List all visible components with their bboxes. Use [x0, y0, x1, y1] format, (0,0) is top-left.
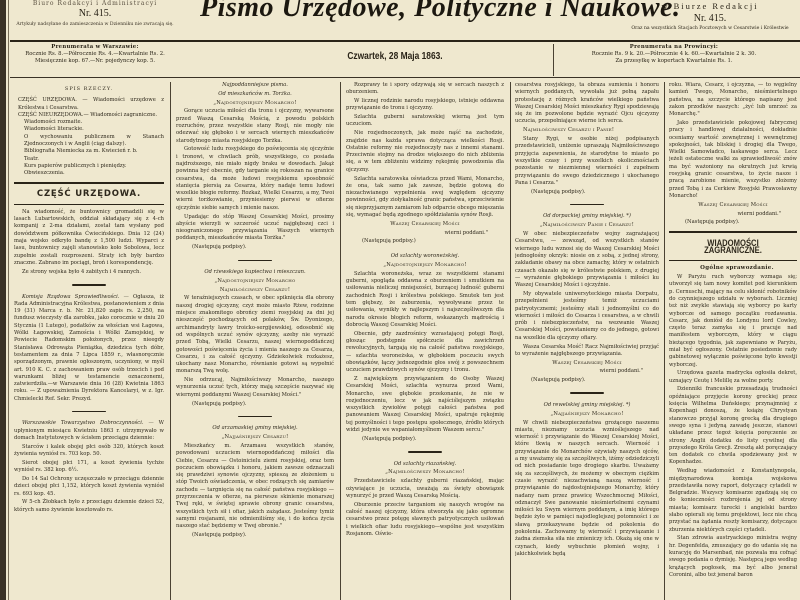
salutation: „Najmiłościwszy Panie i Cesarzu! [515, 222, 659, 229]
article-paragraph: Starców i kalek obojej płci osób 320, kt… [14, 444, 164, 459]
sub-heading: Ogólne sprawozdanie. [669, 265, 797, 272]
issue-number-left: Nr. 415. [14, 8, 176, 19]
section-rule [14, 182, 164, 184]
article-paragraph: W teraźniejszych czasach, w obec spiknię… [176, 295, 334, 375]
subscription-provinces-line1: Rocznie Rs. 9 k. 20.—Półrocznie 4 k. 60.… [548, 51, 800, 58]
article-paragraph: cesarstwa rosyjskiego, ta obraza sumieni… [515, 82, 659, 126]
article-paragraph: Stan zdrowia austryackiego ministra wojn… [669, 535, 797, 579]
article-paragraph: Oburzenie przeciw targaniom się naszych … [346, 502, 504, 538]
article-paragraph: Gotowość ludu rosyjskiego do poświęcenia… [176, 146, 334, 212]
toc-subitem: Kurs papierów publicznych i pieniędzy. [14, 163, 164, 170]
signatures-note: (Następują podpisy). [669, 219, 797, 226]
toc-subitem: Bibliografia Niemiecka za m. Kwiecień r.… [14, 148, 164, 155]
section-rule [669, 260, 797, 261]
article-heading: Od arzamaskiej gminy miejskiej. [176, 425, 334, 432]
article-paragraph: Komisja Rządowa Sprawiedliwości. — Ogłas… [14, 294, 164, 403]
article-paragraph: W 5-ch Żłobkach było z przeciągu dzienni… [14, 499, 164, 514]
column-divider [170, 82, 171, 600]
signature-line: Waszej Cesarskiej Mości [346, 221, 504, 228]
article-paragraph: Według wiadomości z Konstantynopola, mię… [669, 468, 797, 534]
article-paragraph: Gorące uczucia miłości dla tronu i ojczy… [176, 108, 334, 144]
signature-line: Waszej Cesarskiej Mości [515, 360, 659, 367]
article-paragraph: Dzienniki francuskie przesadzają trudnoś… [669, 386, 797, 466]
header-bottom-rule [10, 77, 800, 78]
masthead-left-topline: Biuro Redakcyi i Administracyi [14, 0, 176, 5]
salutation: Najmiłościwszy Cesarzu! [176, 287, 334, 294]
article-paragraph: Jako przedstawiciele pokojowej fabryczne… [669, 120, 797, 200]
separator-rule [238, 260, 272, 262]
column-2: Najpoddanniejsze pisma. Od mieszkańców m… [176, 82, 334, 600]
signatures-note: (Następują podpisy). [176, 401, 334, 408]
salutation: „Najdostojniejszy Monarcho! [176, 100, 334, 107]
subscription-provinces-line2: Za przesyłkę w kopertach Kwartalnie Rs. … [548, 58, 800, 65]
article-paragraph: Nie odrzucaj, Najmiłościwszy Monarcho, n… [176, 377, 334, 399]
article-paragraph: Szlachta woroneżska, wraz ze wszystkiemi… [346, 271, 504, 329]
signatures-note: (Następują podpisy). [176, 532, 334, 539]
toc-title: SPIS RZECZY. [14, 86, 164, 93]
separator-rule [570, 204, 604, 206]
article-paragraph: Wasza Cesarska Mość! Racz Najmiłościwiej… [515, 344, 659, 359]
newspaper-page: Biuro Redakcyi i Administracyi Nr. 415. … [0, 0, 800, 600]
signature-line: wierni poddani." [515, 368, 659, 375]
issue-date: Czwartek, 28 Maja 1863. [263, 50, 527, 62]
toc-subitem: Teatr. [14, 156, 164, 163]
column-divider [664, 82, 665, 600]
article-paragraph: W licznej rodzinie narodu rosyjskiego, i… [346, 98, 504, 113]
article-heading: Od rewelskiej gminy miejskiej. *) [515, 402, 659, 409]
signature-line: wierni poddani." [346, 230, 504, 237]
section-rule [669, 231, 797, 233]
masthead-rule [10, 40, 800, 42]
subscription-warsaw-line2: Miesięcznie kop. 67.—Nr. pojedynczy kop.… [14, 58, 176, 65]
section-rule [14, 204, 164, 205]
signatures-note: (Następują podpisy). [515, 377, 659, 384]
column-4: cesarstwa rosyjskiego, ta obraza sumieni… [515, 82, 659, 600]
toc-subitem: O wychowaniu publicznem w Stanach Zjedno… [14, 134, 164, 149]
column-5: roku. Wiara, Cesarz, i ojczyzna, — to wę… [669, 82, 797, 600]
signatures-note: (Następują podpisy). [515, 189, 659, 196]
masthead-right: w Biurze Redakcji Nr. 415. Oraz na wszys… [620, 0, 800, 32]
article-paragraph: Obecnie, gdy zazdrośnicy wzrastającej po… [346, 331, 504, 375]
salutation: „Najdostojniejszy Monarcho [176, 278, 334, 285]
salutation: Najmiłościwszy Cesarzu i Panie! [515, 127, 659, 134]
column-3: Rozprawy te i spory odzywają się w serca… [346, 82, 504, 600]
article-lead: Komisja Rządowa Sprawiedliwości. — [22, 294, 129, 300]
binding-edge [0, 0, 6, 600]
article-paragraph: Stany Rygi, w osobie niżej podpisanych p… [515, 136, 659, 187]
column-divider [340, 82, 341, 600]
salutation: „Najmiłościwszy Monarcho! [346, 469, 504, 476]
salutation: „Najjaśniejszy Cesarzu! [176, 434, 334, 441]
article-heading: Od szlachty riazańskiej. [346, 461, 504, 468]
subscription-warsaw-heading: Prenumerata w Warszawie: [14, 44, 176, 51]
subscription-provinces: Prenumerata na Prowincyi: Rocznie Rs. 9 … [548, 44, 800, 65]
article-paragraph: Mieszkańcy m. Arzamasu wszystkich stanów… [176, 443, 334, 531]
article-paragraph: roku. Wiara, Cesarz, i ojczyzna, — to wę… [669, 82, 797, 118]
subscription-warsaw-line1: Rocznie Rs. 8.—Półrocznie Rs. 4.—Kwartal… [14, 51, 176, 58]
issue-number-right: Nr. 415. [620, 13, 800, 24]
separator-rule [72, 284, 106, 286]
article-paragraph: Ze strony wojska było 4 zabitych i 4 ran… [14, 269, 164, 276]
editorial-note: Artykuły nadsyłane do zamieszczenia w Dz… [14, 22, 176, 28]
toc-subitem: Wiadomości literackie. [14, 126, 164, 133]
article-paragraph: My obywatele uniwersyteckiego miasta Dor… [515, 291, 659, 342]
signature-line: wierni poddani." [669, 211, 797, 218]
office-label: w Biurze Redakcji [620, 1, 800, 11]
separator-rule [238, 416, 272, 418]
article-paragraph: Szlachta saratowska oświadcza przed Wami… [346, 176, 504, 220]
article-paragraph: Do 14 Sal Ochrony uczęszczało w przeciąg… [14, 476, 164, 498]
article-paragraph: Z najwiękśzym przywiązaniem do Osoby Was… [346, 376, 504, 434]
separator-rule [570, 392, 604, 394]
signature-line: Waszej Cesarskiej Mości [669, 202, 797, 209]
article-paragraph: Szlachta guberni saratowskiej wierną jes… [346, 114, 504, 129]
article-text: Ogłasza, iż Rada Administracyjna Królest… [14, 294, 164, 402]
article-paragraph: Sierot obojej płci 171, a koszt żywienia… [14, 460, 164, 475]
salutation: „Najjaśniejszy Monarcho! [515, 411, 659, 418]
article-lead: Warszawskie Towarzystwo Dobroczynności. … [22, 420, 154, 426]
article-paragraph: Warszawskie Towarzystwo Dobroczynności. … [14, 420, 164, 442]
section-heading-foreign: WIADOMOŚCI ZAGRANICZNE. [679, 240, 788, 255]
toc-item: CZĘŚĆ URZĘDOWA. — Wiadomości urzędowe z … [14, 97, 164, 112]
signatures-note: (Następują podpisy.) [346, 238, 504, 245]
table-of-contents: SPIS RZECZY. CZĘŚĆ URZĘDOWA. — Wiadomośc… [14, 86, 164, 178]
article-paragraph: Na wiadomość, że buntownicy gromadzili s… [14, 209, 164, 267]
postal-note: Oraz na wszystkich Stacjach Pocztowych w… [620, 26, 800, 32]
article-paragraph: Urzędowa gazeta madrycka ogłosiła dekret… [669, 370, 797, 385]
article-paragraph: W chwili niebezpieczeństwa grożącego nas… [515, 420, 659, 559]
article-heading: Od rżewskiego kupiectwa i mieszczan. [176, 269, 334, 276]
article-heading: Od dorpackiej gminy miejskiej. *) [515, 213, 659, 220]
subscription-provinces-heading: Prenumerata na Prowincyi: [548, 44, 800, 51]
article-paragraph: Nie rozjednoczonych, jak może nąść na za… [346, 130, 504, 174]
article-paragraph: Rozprawy te i spory odzywają się w serca… [346, 82, 504, 97]
masthead-left: Biuro Redakcyi i Administracyi Nr. 415. … [14, 0, 176, 28]
signatures-note: (Następują podpisy). [346, 436, 504, 443]
newspaper-title: Pismo Urzędowe, Polityczne i Naukowe. [200, 0, 590, 24]
column-divider [510, 82, 511, 600]
salutation: „Najdostojniejszy Monarcho! [346, 262, 504, 269]
article-paragraph: W obec niebezpieczeństw wojny zagrażając… [515, 231, 659, 289]
article-heading: Najpoddanniejsze pisma. [176, 82, 334, 89]
separator-rule [408, 451, 442, 453]
signatures-note: (Następują podpisy). [176, 244, 334, 251]
article-paragraph: Przedstawiciele szlachty guberni riazańs… [346, 478, 504, 500]
binding-line [8, 0, 9, 600]
article-heading: Od szlachty woroneżskiej. [346, 253, 504, 260]
subscription-warsaw: Prenumerata w Warszawie: Rocznie Rs. 8.—… [14, 44, 176, 65]
article-paragraph: Upadając do stóp Waszej Cesarskiej Mości… [176, 214, 334, 243]
section-heading-official: CZĘŚĆ URZĘDOWA. [14, 191, 164, 198]
toc-subitem: Obwieszczenia. [14, 170, 164, 177]
article-subheading: Od mieszkańców m. Torżka. [176, 91, 334, 98]
column-1: SPIS RZECZY. CZĘŚĆ URZĘDOWA. — Wiadomośc… [14, 82, 164, 600]
separator-rule [72, 411, 106, 413]
article-paragraph: W Paryżu ruch wyborczy wzmaga się; utwor… [669, 274, 797, 369]
